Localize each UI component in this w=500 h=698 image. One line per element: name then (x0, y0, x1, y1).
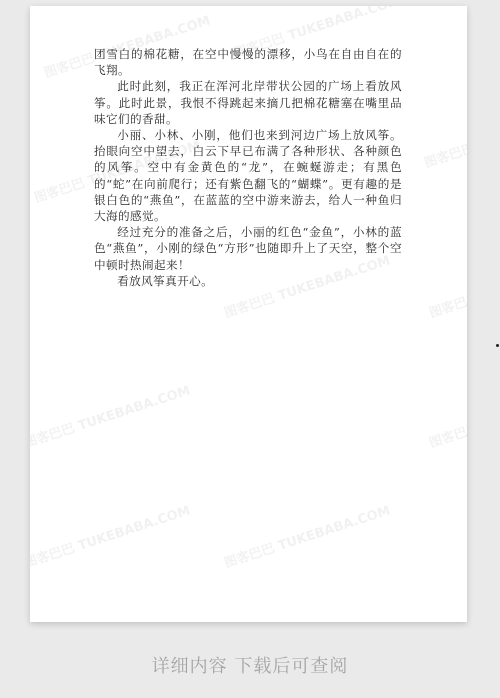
paragraph: 看放风筝真开心。 (94, 273, 402, 289)
paragraph: 经过充分的准备之后，小丽的红色“金鱼”，小林的蓝色“燕鱼”，小刚的绿色“方形”也… (94, 224, 402, 273)
watermark: 图客巴巴 TUKEBABA.COM (426, 380, 467, 452)
edge-marker (496, 344, 499, 347)
download-prompt[interactable]: 详细内容 下载后可查阅 (0, 652, 500, 678)
document-body: 团雪白的棉花糖，在空中慢慢的漂移，小鸟在自由自在的飞翔。 此时此刻，我正在浑河北… (94, 46, 402, 289)
paragraph: 团雪白的棉花糖，在空中慢慢的漂移，小鸟在自由自在的飞翔。 (94, 46, 402, 78)
paragraph: 此时此刻，我正在浑河北岸带状公园的广场上看放风筝。此时此景，我恨不得跳起来摘几把… (94, 78, 402, 127)
watermark: 图客巴巴 TUKEBABA.COM (421, 100, 467, 172)
paragraph: 小丽、小林、小刚，他们也来到河边广场上放风筝。抬眼向空中望去，白云下早已布满了各… (94, 127, 402, 224)
watermark: 图客巴巴 TUKEBABA.COM (30, 500, 192, 572)
watermark: 图客巴巴 TUKEBABA.COM (426, 250, 467, 322)
watermark: 图客巴巴 TUKEBABA.COM (221, 500, 392, 572)
document-page: 图客巴巴 TUKEBABA.COM 图客巴巴 TUKEBABA.COM 图客巴巴… (30, 6, 467, 622)
watermark: 图客巴巴 TUKEBABA.COM (30, 380, 192, 452)
